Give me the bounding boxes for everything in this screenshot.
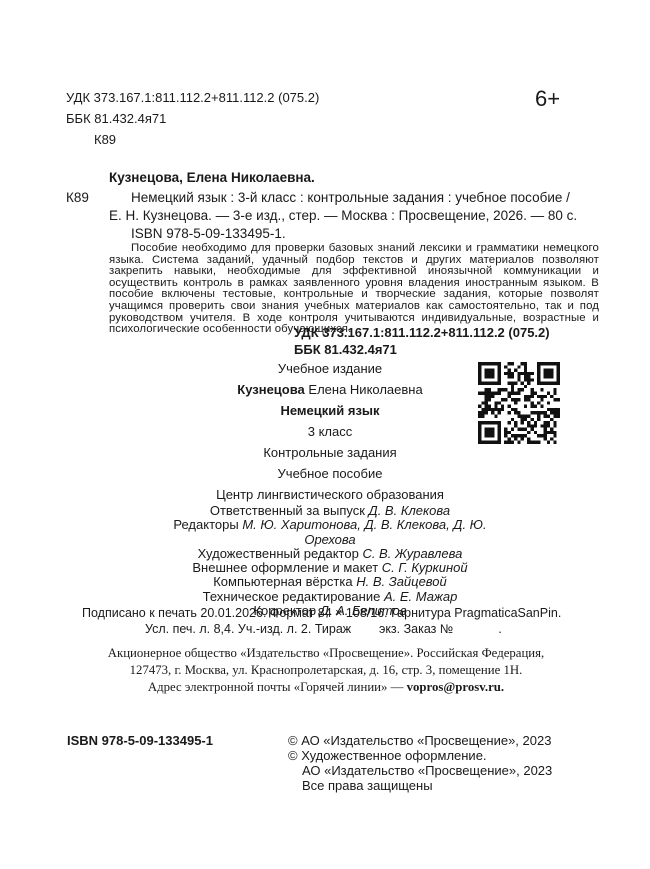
credits: Ответственный за выпуск Д. В. КлековаРед…: [150, 504, 510, 618]
credit-row: Компьютерная вёрстка Н. В. Зайцевой: [150, 575, 510, 589]
catalog-bbk: ББК 81.432.4я71: [294, 342, 397, 357]
edition-grade: 3 класс: [150, 424, 510, 445]
credit-name: А. Е. Мажар: [384, 589, 457, 604]
hotline-email[interactable]: vopros@prosv.ru.: [407, 680, 504, 694]
catalog-author-mark: К89: [66, 190, 89, 205]
credit-name: Н. В. Зайцевой: [356, 574, 447, 589]
credit-row: Редакторы М. Ю. Харитонова, Д. В. Клеков…: [150, 518, 510, 547]
edition-type: Учебное издание: [150, 361, 510, 382]
publisher-line-2: 127473, г. Москва, ул. Краснопролетарска…: [66, 662, 586, 679]
catalog-citation-line-2: Е. Н. Кузнецова. — 3-е изд., стер. — Мос…: [109, 208, 577, 223]
edition-author: Кузнецова Елена Николаевна: [150, 382, 510, 403]
bbk-code: ББК 81.432.4я71: [66, 111, 166, 126]
edition-info: Учебное издание Кузнецова Елена Николаев…: [150, 361, 510, 508]
credit-role: Компьютерная вёрстка: [213, 574, 356, 589]
catalog-udk: УДК 373.167.1:811.112.2+811.112.2 (075.2…: [294, 325, 550, 340]
credit-row: Художественный редактор С. В. Журавлева: [150, 547, 510, 561]
author-mark: К89: [94, 132, 116, 147]
catalog-citation-line-1: Немецкий язык : 3-й класс : контрольные …: [131, 190, 570, 205]
hotline-label: Адрес электронной почты «Горячей линии» …: [148, 680, 407, 694]
credit-name: С. В. Журавлева: [362, 546, 462, 561]
copyright-block: © АО «Издательство «Просвещение», 2023 ©…: [288, 733, 552, 793]
credit-role: Ответственный за выпуск: [210, 503, 369, 518]
annotation-text: Пособие необходимо для проверки базовых …: [109, 243, 599, 336]
rights-reserved: Все права защищены: [288, 778, 552, 793]
copyright-line-1: © АО «Издательство «Просвещение», 2023: [288, 733, 552, 748]
imprint-line-2: Усл. печ. л. 8,4. Уч.-изд. л. 2. Тираж э…: [145, 622, 502, 636]
edition-subtitle: Контрольные задания: [150, 445, 510, 466]
copyright-line-2: © Художественное оформление.: [288, 748, 552, 763]
credit-name: С. Г. Куркиной: [382, 560, 468, 575]
credit-role: Редакторы: [173, 517, 242, 532]
credit-role: Техническое редактирование: [203, 589, 384, 604]
edition-author-name: Елена Николаевна: [305, 382, 423, 397]
credit-row: Ответственный за выпуск Д. В. Клекова: [150, 504, 510, 518]
catalog-isbn: ISBN 978-5-09-133495-1.: [131, 226, 286, 241]
credit-name: Д. В. Клекова: [369, 503, 451, 518]
annotation: Пособие необходимо для проверки базовых …: [109, 243, 599, 336]
credit-role: Внешнее оформление и макет: [192, 560, 381, 575]
edition-author-surname: Кузнецова: [237, 382, 305, 397]
age-rating: 6+: [535, 86, 560, 112]
catalog-author-heading: Кузнецова, Елена Николаевна.: [109, 170, 315, 185]
edition-title: Немецкий язык: [150, 403, 510, 424]
publisher-line-1: Акционерное общество «Издательство «Прос…: [66, 645, 586, 662]
isbn: ISBN 978-5-09-133495-1: [67, 733, 213, 748]
credit-row: Внешнее оформление и макет С. Г. Куркино…: [150, 561, 510, 575]
qr-code-icon[interactable]: [478, 362, 560, 444]
hotline: Адрес электронной почты «Горячей линии» …: [66, 680, 586, 695]
credit-row: Техническое редактирование А. Е. Мажар: [150, 590, 510, 604]
credit-name: М. Ю. Харитонова, Д. В. Клекова, Д. Ю. О…: [242, 517, 486, 546]
publisher-address: Акционерное общество «Издательство «Прос…: [66, 645, 586, 678]
credit-role: Художественный редактор: [198, 546, 363, 561]
edition-genre: Учебное пособие: [150, 466, 510, 487]
udk-code: УДК 373.167.1:811.112.2+811.112.2 (075.2…: [66, 90, 319, 105]
copyright-line-3: АО «Издательство «Просвещение», 2023: [288, 763, 552, 778]
imprint-line-1: Подписано к печать 20.01.2026. Формат 84…: [82, 606, 561, 620]
